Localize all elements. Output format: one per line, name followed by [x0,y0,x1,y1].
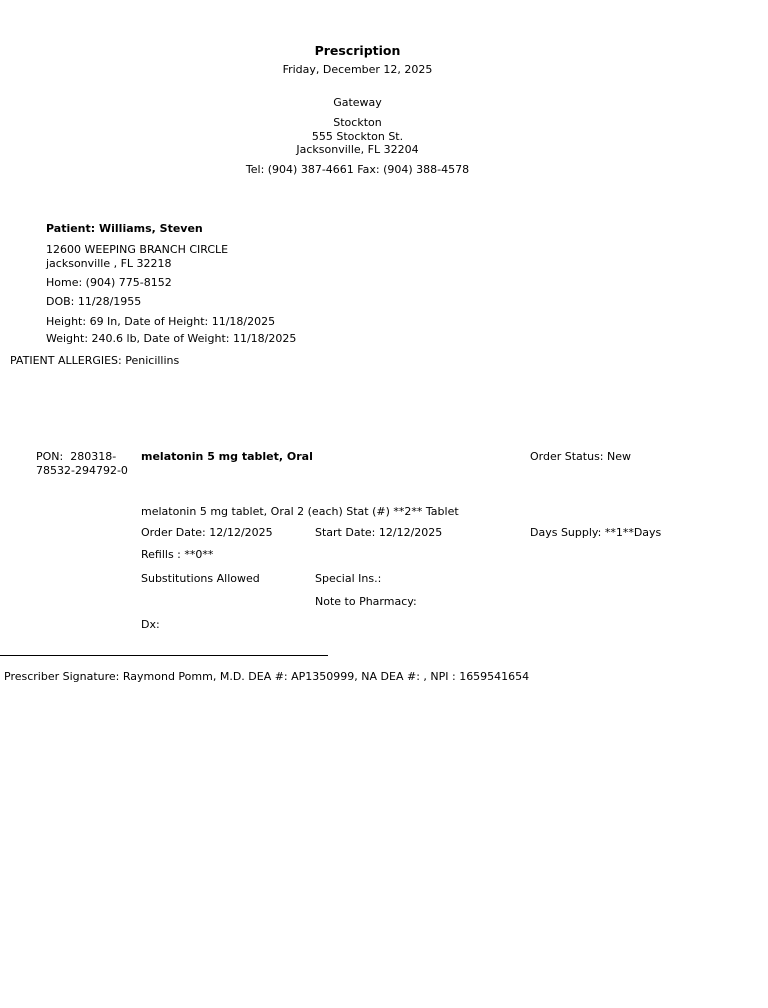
document-title: Prescription [0,43,715,58]
patient-home-phone: Home: (904) 775-8152 [46,276,172,290]
facility-tel-fax: Tel: (904) 387-4661 Fax: (904) 388-4578 [0,163,715,177]
patient-allergies: PATIENT ALLERGIES: Penicillins [10,354,179,368]
signature-line [0,655,328,656]
order-refills: Refills : **0** [141,548,213,562]
prescription-document: Prescription Friday, December 12, 2025 G… [0,0,768,1008]
patient-name: Patient: Williams, Steven [46,222,203,236]
prescriber-signature-line: Prescriber Signature: Raymond Pomm, M.D.… [4,670,529,684]
order-dx: Dx: [141,618,160,632]
facility-city-state-zip: Jacksonville, FL 32204 [0,143,715,157]
patient-address-street: 12600 WEEPING BRANCH CIRCLE [46,243,228,257]
document-date: Friday, December 12, 2025 [0,63,715,77]
facility-name: Stockton [0,116,715,130]
order-drug-title: melatonin 5 mg tablet, Oral [141,450,313,464]
patient-dob: DOB: 11/28/1955 [46,295,141,309]
organization-name: Gateway [0,96,715,110]
order-sig: melatonin 5 mg tablet, Oral 2 (each) Sta… [141,505,459,519]
order-start-date: Start Date: 12/12/2025 [315,526,442,540]
patient-weight: Weight: 240.6 lb, Date of Weight: 11/18/… [46,332,296,346]
facility-address-block: Stockton 555 Stockton St. Jacksonville, … [0,116,715,157]
order-special-instructions: Special Ins.: [315,572,381,586]
order-pon: PON: 280318-78532-294792-0 [36,450,151,477]
order-note-to-pharmacy: Note to Pharmacy: [315,595,417,609]
order-substitutions: Substitutions Allowed [141,572,260,586]
patient-address-block: 12600 WEEPING BRANCH CIRCLE jacksonville… [46,243,228,270]
facility-street: 555 Stockton St. [0,130,715,144]
order-days-supply: Days Supply: **1**Days [530,526,661,540]
patient-height: Height: 69 In, Date of Height: 11/18/202… [46,315,275,329]
order-order-date: Order Date: 12/12/2025 [141,526,273,540]
order-status: Order Status: New [530,450,631,464]
patient-address-city: jacksonville , FL 32218 [46,257,228,271]
